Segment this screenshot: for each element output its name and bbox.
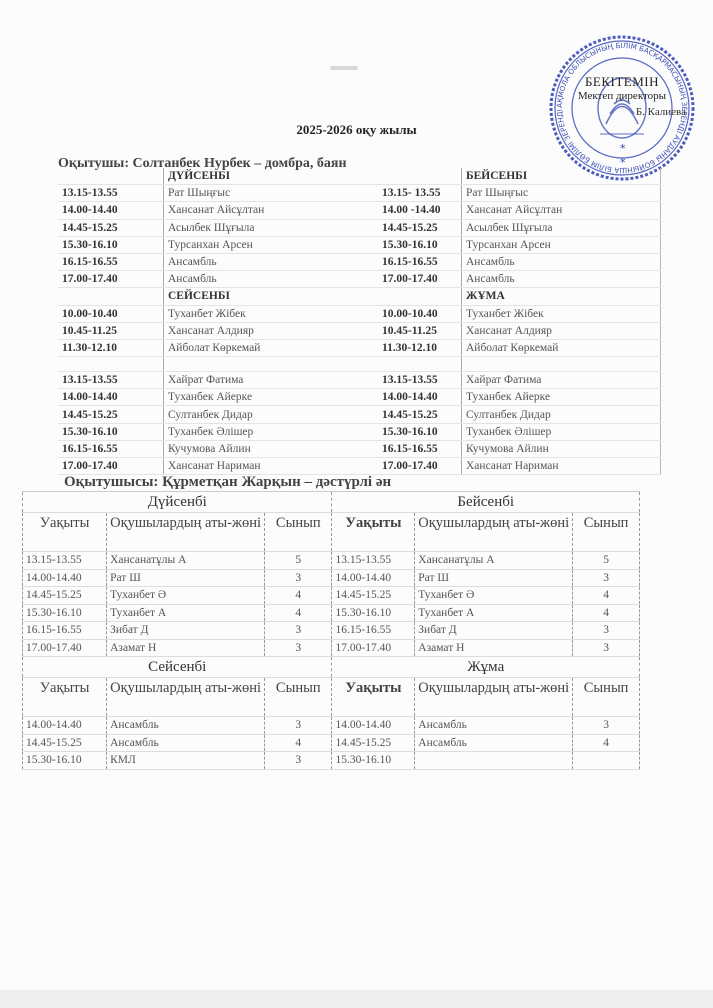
lesson-time: 13.15-13.55 bbox=[23, 552, 107, 570]
student-name: Хансанат Нариман bbox=[164, 458, 373, 475]
class-number: 3 bbox=[265, 752, 332, 770]
student-name: Рат Ш bbox=[415, 569, 573, 587]
class-number: 3 bbox=[573, 569, 640, 587]
director-label: Мектеп директоры bbox=[548, 90, 696, 102]
student-name bbox=[415, 752, 573, 770]
student-name: Туханбет Жібек bbox=[164, 305, 373, 322]
student-name: Туханбет Ә bbox=[415, 587, 573, 605]
student-name: Хансанат Алдияр bbox=[462, 322, 661, 339]
lesson-time: 15.30-16.10 bbox=[58, 423, 164, 440]
empty-cell bbox=[58, 168, 164, 185]
lesson-time: 14.45-15.25 bbox=[23, 734, 107, 752]
page-bottom-edge bbox=[0, 990, 713, 1008]
lesson-time: 17.00-17.40 bbox=[23, 639, 107, 657]
lesson-time: 14.00-14.40 bbox=[332, 717, 415, 735]
lesson-time: 17.00-17.40 bbox=[58, 271, 164, 288]
day-label: СЕЙСЕНБІ bbox=[164, 288, 373, 305]
student-name: Азамат Н bbox=[415, 639, 573, 657]
table-row: 13.15-13.55Рат Шыңғыс13.15- 13.55Рат Шың… bbox=[58, 185, 661, 202]
lesson-time: 14.00-14.40 bbox=[23, 717, 107, 735]
class-number: 4 bbox=[573, 604, 640, 622]
student-name: Турсанхан Арсен bbox=[462, 236, 661, 253]
student-name: Туханбет А bbox=[415, 604, 573, 622]
lesson-time: 14.45-15.25 bbox=[23, 587, 107, 605]
lesson-time: 14.00-14.40 bbox=[58, 389, 164, 406]
teacher2-schedule-table: ДүйсенбіБейсенбіУақытыОқушылардың аты-жө… bbox=[22, 491, 640, 770]
lesson-time: 16.15-16.55 bbox=[23, 622, 107, 640]
table-row: 14.00-14.40Рат Ш314.00-14.40Рат Ш3 bbox=[23, 569, 640, 587]
empty-cell bbox=[164, 357, 373, 372]
student-name: Хайрат Фатима bbox=[462, 372, 661, 389]
teacher2-title: Оқытушысы: Құрметқан Жарқын – дәстүрлі ә… bbox=[64, 474, 391, 491]
lesson-time: 13.15-13.55 bbox=[372, 372, 462, 389]
student-name: Туханбет Жібек bbox=[462, 305, 661, 322]
lesson-time: 16.15-16.55 bbox=[58, 253, 164, 270]
svg-text:*: * bbox=[620, 142, 626, 155]
lesson-time: 17.00-17.40 bbox=[372, 458, 462, 475]
teacher1-schedule-table: ДҮЙСЕНБІБЕЙСЕНБІ13.15-13.55Рат Шыңғыс13.… bbox=[58, 168, 661, 475]
table-row: 14.45-15.25Асылбек Шұғыла14.45-15.25Асыл… bbox=[58, 219, 661, 236]
lesson-time: 15.30-16.10 bbox=[332, 752, 415, 770]
column-header-class: Сынып bbox=[573, 678, 640, 717]
student-name: Ансамбль bbox=[415, 734, 573, 752]
student-name: Хайрат Фатима bbox=[164, 372, 373, 389]
lesson-time: 14.00-14.40 bbox=[23, 569, 107, 587]
empty-cell bbox=[372, 357, 462, 372]
day-label: Жұма bbox=[332, 657, 640, 678]
lesson-time: 13.15-13.55 bbox=[58, 185, 164, 202]
table-row: 13.15-13.55Хайрат Фатима13.15-13.55Хайра… bbox=[58, 372, 661, 389]
lesson-time: 14.00-14.40 bbox=[332, 569, 415, 587]
class-number: 4 bbox=[265, 604, 332, 622]
table-row: 13.15-13.55Хансанатұлы А513.15-13.55Ханс… bbox=[23, 552, 640, 570]
student-name: Рат Шыңғыс bbox=[164, 185, 373, 202]
student-name: Кучумова Айлин bbox=[164, 440, 373, 457]
day-header-row: СЕЙСЕНБІЖҰМА bbox=[58, 288, 661, 305]
lesson-time: 13.15-13.55 bbox=[58, 372, 164, 389]
student-name: Ансамбль bbox=[415, 717, 573, 735]
column-header-name: Оқушылардың аты-жөні bbox=[415, 678, 573, 717]
table-row: 14.00-14.40Ансамбль314.00-14.40Ансамбль3 bbox=[23, 717, 640, 735]
lesson-time: 14.45-15.25 bbox=[58, 406, 164, 423]
lesson-time: 15.30-16.10 bbox=[332, 604, 415, 622]
student-name: Ансамбль bbox=[107, 717, 265, 735]
table-row: 10.00-10.40Туханбет Жібек10.00-10.40Туха… bbox=[58, 305, 661, 322]
lesson-time: 17.00-17.40 bbox=[372, 271, 462, 288]
table-row: 16.15-16.55Зибат Д316.15-16.55Зибат Д3 bbox=[23, 622, 640, 640]
lesson-time: 10.45-11.25 bbox=[372, 322, 462, 339]
student-name: Ансамбль bbox=[462, 271, 661, 288]
class-number: 4 bbox=[573, 734, 640, 752]
day-label: Бейсенбі bbox=[332, 492, 640, 513]
student-name: Зибат Д bbox=[415, 622, 573, 640]
academic-year-title: 2025-2026 оқу жылы bbox=[0, 122, 713, 138]
scan-smudge bbox=[330, 66, 358, 70]
empty-cell bbox=[58, 288, 164, 305]
approve-label: БЕКІТЕМІН bbox=[548, 74, 696, 90]
student-name: Зибат Д bbox=[107, 622, 265, 640]
class-number: 3 bbox=[573, 717, 640, 735]
class-number: 3 bbox=[573, 639, 640, 657]
student-name: Туханбет А bbox=[107, 604, 265, 622]
column-header-name: Оқушылардың аты-жөні bbox=[415, 513, 573, 552]
day-header-row: СейсенбіЖұма bbox=[23, 657, 640, 678]
student-name: Туханбек Айерке bbox=[164, 389, 373, 406]
class-number: 4 bbox=[265, 587, 332, 605]
lesson-time: 14.45-15.25 bbox=[58, 219, 164, 236]
lesson-time: 16.15-16.55 bbox=[372, 253, 462, 270]
table-row: 14.45-15.25Туханбет Ә414.45-15.25Туханбе… bbox=[23, 587, 640, 605]
table-row: 14.00-14.40Туханбек Айерке14.00-14.40Тух… bbox=[58, 389, 661, 406]
student-name: Султанбек Дидар bbox=[462, 406, 661, 423]
approval-stamp: АҚМОЛА ОБЛЫСЫНЫҢ БІЛІМ БАСҚАРМАСЫНЫҢ ЗЕР… bbox=[548, 34, 696, 182]
lesson-time: 16.15-16.55 bbox=[58, 440, 164, 457]
empty-cell bbox=[58, 357, 164, 372]
student-name: Асылбек Шұғыла bbox=[462, 219, 661, 236]
lesson-time: 11.30-12.10 bbox=[372, 339, 462, 356]
table-row: 16.15-16.55Ансамбль16.15-16.55Ансамбль bbox=[58, 253, 661, 270]
lesson-time: 17.00-17.40 bbox=[58, 458, 164, 475]
student-name: Асылбек Шұғыла bbox=[164, 219, 373, 236]
day-label: БЕЙСЕНБІ bbox=[462, 168, 661, 185]
lesson-time: 14.45-15.25 bbox=[372, 219, 462, 236]
lesson-time: 14.00-14.40 bbox=[58, 202, 164, 219]
class-number: 3 bbox=[265, 717, 332, 735]
class-number bbox=[573, 752, 640, 770]
student-name: Ансамбль bbox=[164, 271, 373, 288]
student-name: Турсанхан Арсен bbox=[164, 236, 373, 253]
lesson-time: 15.30-16.10 bbox=[58, 236, 164, 253]
class-number: 5 bbox=[573, 552, 640, 570]
class-number: 3 bbox=[573, 622, 640, 640]
table-row: 15.30-16.10Турсанхан Арсен15.30-16.10Тур… bbox=[58, 236, 661, 253]
lesson-time: 15.30-16.10 bbox=[23, 752, 107, 770]
student-name: Хансанат Айсұлтан bbox=[462, 202, 661, 219]
column-header-row: УақытыОқушылардың аты-жөніСыныпУақытыОқу… bbox=[23, 513, 640, 552]
student-name: Туханбек Айерке bbox=[462, 389, 661, 406]
lesson-time: 13.15-13.55 bbox=[332, 552, 415, 570]
table-row: 15.30-16.10Туханбек Әлішер15.30-16.10Тух… bbox=[58, 423, 661, 440]
student-name: Хансанатұлы А bbox=[107, 552, 265, 570]
lesson-time: 15.30-16.10 bbox=[372, 423, 462, 440]
column-header-name: Оқушылардың аты-жөні bbox=[107, 513, 265, 552]
class-number: 4 bbox=[573, 587, 640, 605]
column-header-time: Уақыты bbox=[23, 678, 107, 717]
lesson-time: 17.00-17.40 bbox=[332, 639, 415, 657]
day-label: Сейсенбі bbox=[23, 657, 332, 678]
table-row: 11.30-12.10Айболат Көркемай11.30-12.10Ай… bbox=[58, 339, 661, 356]
column-header-class: Сынып bbox=[573, 513, 640, 552]
lesson-time: 14.45-15.25 bbox=[332, 734, 415, 752]
director-name: Б. Калиева bbox=[548, 106, 696, 118]
table-row: 17.00-17.40Азамат Н317.00-17.40Азамат Н3 bbox=[23, 639, 640, 657]
student-name: Хансанатұлы А bbox=[415, 552, 573, 570]
table-row: 15.30-16.10Туханбет А415.30-16.10Туханбе… bbox=[23, 604, 640, 622]
student-name: КМЛ bbox=[107, 752, 265, 770]
day-label: ЖҰМА bbox=[462, 288, 661, 305]
table-row: 16.15-16.55Кучумова Айлин16.15-16.55Кучу… bbox=[58, 440, 661, 457]
student-name: Ансамбль bbox=[462, 253, 661, 270]
lesson-time: 16.15-16.55 bbox=[332, 622, 415, 640]
table-row: 10.45-11.25Хансанат Алдияр10.45-11.25Хан… bbox=[58, 322, 661, 339]
student-name: Рат Шыңғыс bbox=[462, 185, 661, 202]
student-name: Кучумова Айлин bbox=[462, 440, 661, 457]
empty-cell bbox=[372, 288, 462, 305]
lesson-time: 11.30-12.10 bbox=[58, 339, 164, 356]
table-row: 17.00-17.40Ансамбль17.00-17.40Ансамбль bbox=[58, 271, 661, 288]
lesson-time: 16.15-16.55 bbox=[372, 440, 462, 457]
student-name: Хансанат Нариман bbox=[462, 458, 661, 475]
student-name: Ансамбль bbox=[107, 734, 265, 752]
student-name: Азамат Н bbox=[107, 639, 265, 657]
column-header-row: УақытыОқушылардың аты-жөніСыныпУақытыОқу… bbox=[23, 678, 640, 717]
lesson-time: 15.30-16.10 bbox=[372, 236, 462, 253]
student-name: Ансамбль bbox=[164, 253, 373, 270]
table-row: 14.45-15.25Султанбек Дидар14.45-15.25Сул… bbox=[58, 406, 661, 423]
class-number: 5 bbox=[265, 552, 332, 570]
day-label: ДҮЙСЕНБІ bbox=[164, 168, 373, 185]
class-number: 3 bbox=[265, 622, 332, 640]
empty-cell bbox=[372, 168, 462, 185]
class-number: 3 bbox=[265, 569, 332, 587]
student-name: Рат Ш bbox=[107, 569, 265, 587]
lesson-time: 14.45-15.25 bbox=[372, 406, 462, 423]
lesson-time: 10.00-10.40 bbox=[372, 305, 462, 322]
student-name: Султанбек Дидар bbox=[164, 406, 373, 423]
student-name: Айболат Көркемай bbox=[462, 339, 661, 356]
column-header-class: Сынып bbox=[265, 678, 332, 717]
lesson-time: 10.45-11.25 bbox=[58, 322, 164, 339]
lesson-time: 10.00-10.40 bbox=[58, 305, 164, 322]
student-name: Айболат Көркемай bbox=[164, 339, 373, 356]
table-row: 14.45-15.25Ансамбль414.45-15.25Ансамбль4 bbox=[23, 734, 640, 752]
student-name: Хансанат Айсұлтан bbox=[164, 202, 373, 219]
class-number: 4 bbox=[265, 734, 332, 752]
lesson-time: 14.45-15.25 bbox=[332, 587, 415, 605]
lesson-time: 15.30-16.10 bbox=[23, 604, 107, 622]
document-page: АҚМОЛА ОБЛЫСЫНЫҢ БІЛІМ БАСҚАРМАСЫНЫҢ ЗЕР… bbox=[0, 0, 713, 990]
class-number: 3 bbox=[265, 639, 332, 657]
lesson-time: 14.00 -14.40 bbox=[372, 202, 462, 219]
spacer-row bbox=[58, 357, 661, 372]
column-header-name: Оқушылардың аты-жөні bbox=[107, 678, 265, 717]
column-header-class: Сынып bbox=[265, 513, 332, 552]
empty-cell bbox=[462, 357, 661, 372]
table-row: 15.30-16.10КМЛ315.30-16.10 bbox=[23, 752, 640, 770]
table-row: 17.00-17.40Хансанат Нариман17.00-17.40Ха… bbox=[58, 458, 661, 475]
day-label: Дүйсенбі bbox=[23, 492, 332, 513]
column-header-time: Уақыты bbox=[23, 513, 107, 552]
student-name: Туханбек Әлішер bbox=[164, 423, 373, 440]
day-header-row: ДүйсенбіБейсенбі bbox=[23, 492, 640, 513]
table-row: 14.00-14.40Хансанат Айсұлтан14.00 -14.40… bbox=[58, 202, 661, 219]
day-header-row: ДҮЙСЕНБІБЕЙСЕНБІ bbox=[58, 168, 661, 185]
student-name: Туханбек Әлішер bbox=[462, 423, 661, 440]
student-name: Хансанат Алдияр bbox=[164, 322, 373, 339]
column-header-time: Уақыты bbox=[332, 513, 415, 552]
column-header-time: Уақыты bbox=[332, 678, 415, 717]
lesson-time: 14.00-14.40 bbox=[372, 389, 462, 406]
student-name: Туханбет Ә bbox=[107, 587, 265, 605]
lesson-time: 13.15- 13.55 bbox=[372, 185, 462, 202]
